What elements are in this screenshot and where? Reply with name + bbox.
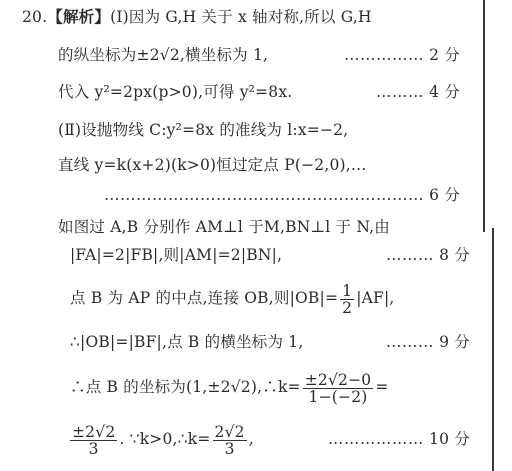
solution-line-8: |FA|=2|FB|,则|AM|=2|BN|, ……… 8 分 bbox=[70, 245, 470, 265]
fraction: ±2√23 bbox=[70, 424, 117, 457]
line-text: (Ⅱ)设抛物线 C:y²=8x 的准线为 l:x=−2, bbox=[58, 121, 348, 139]
solution-line-7: 如图过 A,B 分别作 AM⊥l 于M,BN⊥l 于 N,由 bbox=[58, 217, 390, 237]
line-text: 点 B 为 AP 的中点,连接 OB,则|OB|= bbox=[70, 289, 338, 307]
line-text: 的纵坐标为±2√2,横坐标为 1, bbox=[58, 46, 268, 64]
solution-line-10: ∴|OB|=|BF|,点 B 的横坐标为 1, ……… 9 分 bbox=[70, 332, 470, 352]
fraction: 2√23 bbox=[213, 424, 247, 457]
leader-dots: …………………………………………………… bbox=[104, 186, 424, 204]
leader-dots: …………… bbox=[344, 46, 424, 64]
leader-dots: ……………… bbox=[328, 430, 424, 448]
leader-dots: ……… bbox=[376, 83, 424, 101]
solution-line-12: ±2√23. ∵k>0,∴k=2√23, ……………… 10 分 bbox=[68, 422, 470, 457]
line-text: |FA|=2|FB|,则|AM|=2|BN|, bbox=[70, 246, 282, 264]
line-text: = bbox=[375, 378, 388, 396]
score-label: 6 分 bbox=[429, 186, 460, 204]
line-text: ∴点 B 的坐标为(1,±2√2),∴k= bbox=[70, 378, 301, 396]
score-label: 4 分 bbox=[429, 83, 460, 101]
line-text: 如图过 A,B 分别作 AM⊥l 于M,BN⊥l 于 N,由 bbox=[58, 218, 390, 236]
problem-number: 20. bbox=[22, 8, 47, 26]
line-text: |AF|, bbox=[356, 289, 394, 307]
fraction: ±2√2−01−(−2) bbox=[303, 372, 374, 405]
solution-line-5: 直线 y=k(x+2)(k>0)恒过定点 P(−2,0),… bbox=[58, 155, 367, 175]
line-text: 因为 G,H 关于 x 轴对称,所以 G,H bbox=[129, 8, 372, 26]
page-border-upper bbox=[483, 0, 485, 232]
score-label: 9 分 bbox=[439, 333, 470, 351]
line-text: 代入 y²=2px(p>0),可得 y²=8x. bbox=[58, 83, 292, 101]
leader-dots: ……… bbox=[386, 333, 434, 351]
solution-line-9: 点 B 为 AP 的中点,连接 OB,则|OB|=12|AF|, bbox=[70, 281, 395, 316]
line-text: . ∵k>0,∴k= bbox=[119, 430, 210, 448]
score-label: 10 分 bbox=[429, 430, 470, 448]
line-text: 直线 y=k(x+2)(k>0)恒过定点 P(−2,0),… bbox=[58, 156, 367, 174]
solution-line-11: ∴点 B 的坐标为(1,±2√2),∴k=±2√2−01−(−2)= bbox=[70, 370, 389, 405]
line-text: ∴|OB|=|BF|,点 B 的横坐标为 1, bbox=[70, 333, 303, 351]
solution-line-2: 的纵坐标为±2√2,横坐标为 1, …………… 2 分 bbox=[58, 45, 460, 65]
score-label: 2 分 bbox=[429, 46, 460, 64]
analysis-tag: 【解析】 bbox=[47, 7, 110, 26]
fraction: 12 bbox=[340, 283, 354, 316]
score-label: 8 分 bbox=[439, 246, 470, 264]
line-text: , bbox=[249, 430, 254, 448]
leader-dots: ……… bbox=[386, 246, 434, 264]
page-border-lower bbox=[492, 228, 494, 471]
part-label: (Ⅰ) bbox=[110, 8, 129, 26]
solution-line-1: 20.【解析】(Ⅰ)因为 G,H 关于 x 轴对称,所以 G,H bbox=[22, 7, 372, 27]
solution-line-3: 代入 y²=2px(p>0),可得 y²=8x. ……… 4 分 bbox=[58, 82, 460, 102]
solution-line-4: (Ⅱ)设抛物线 C:y²=8x 的准线为 l:x=−2, bbox=[58, 120, 348, 140]
